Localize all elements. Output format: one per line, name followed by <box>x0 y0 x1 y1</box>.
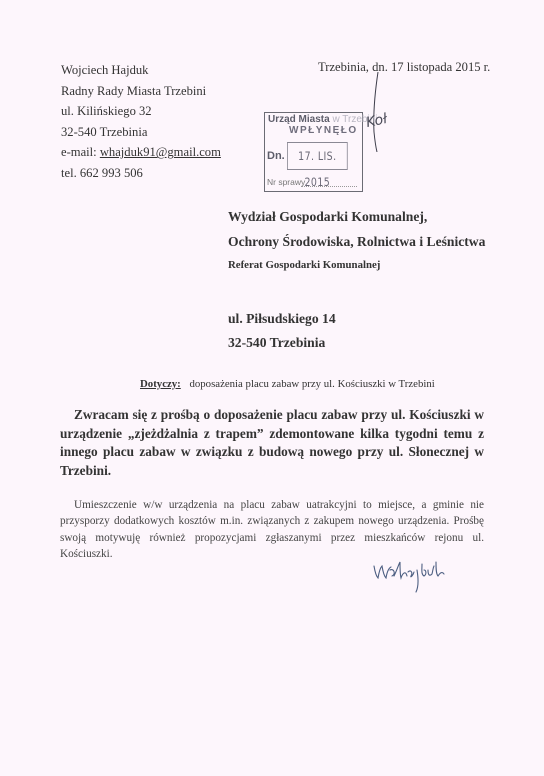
signature-handwritten <box>370 556 460 596</box>
sender-block: Wojciech Hajduk Radny Rady Miasta Trzebi… <box>61 60 221 184</box>
sender-phone: tel. 662 993 506 <box>61 163 221 184</box>
subject-text: doposażenia placu zabaw przy ul. Kościus… <box>189 378 434 390</box>
recipient-street: ul. Piłsudskiego 14 <box>228 307 336 331</box>
subject-line: Dotyczy: doposażenia placu zabaw przy ul… <box>140 378 435 390</box>
place-date: Trzebinia, dn. 17 listopada 2015 r. <box>318 60 490 75</box>
recipient-department-cont: Ochrony Środowiska, Rolnictwa i Leśnictw… <box>228 229 485 254</box>
stamp-date-label: Dn. <box>267 150 285 162</box>
sender-name: Wojciech Hajduk <box>61 60 221 81</box>
recipient-postal-city: 32-540 Trzebinia <box>228 331 336 355</box>
sender-street: ul. Kilińskiego 32 <box>61 101 221 122</box>
sender-email-line: e-mail: whajduk91@gmail.com <box>61 142 221 163</box>
stamp-case-line <box>301 186 357 187</box>
sender-email-label: e-mail: <box>61 145 97 159</box>
main-request-paragraph: Zwracam się z prośbą o doposażenie placu… <box>60 406 484 480</box>
handwritten-initials: Koł <box>365 111 389 131</box>
subject-label: Dotyczy: <box>140 378 181 390</box>
recipient-address: ul. Piłsudskiego 14 32-540 Trzebinia <box>228 307 336 355</box>
stamp-received-label: WPŁYNĘŁO <box>289 125 358 136</box>
stamp-case-label: Nr sprawy <box>267 177 305 187</box>
justification-paragraph: Umieszczenie w/w urządzenia na placu zab… <box>60 497 484 562</box>
recipient-department: Wydział Gospodarki Komunalnej, <box>228 204 485 229</box>
stamp-office: Urząd Miasta w Trzebini <box>268 114 377 125</box>
sender-postal-city: 32-540 Trzebinia <box>61 122 221 143</box>
stamp-date: 17. LIS. 2015 <box>287 142 348 170</box>
recipient-section: Referat Gospodarki Komunalnej <box>228 254 485 276</box>
sender-title: Radny Rady Miasta Trzebini <box>61 81 221 102</box>
recipient-block: Wydział Gospodarki Komunalnej, Ochrony Ś… <box>228 204 485 276</box>
sender-email-link[interactable]: whajduk91@gmail.com <box>100 145 221 159</box>
received-stamp: Urząd Miasta w Trzebini WPŁYNĘŁO Dn. 17.… <box>264 112 363 192</box>
